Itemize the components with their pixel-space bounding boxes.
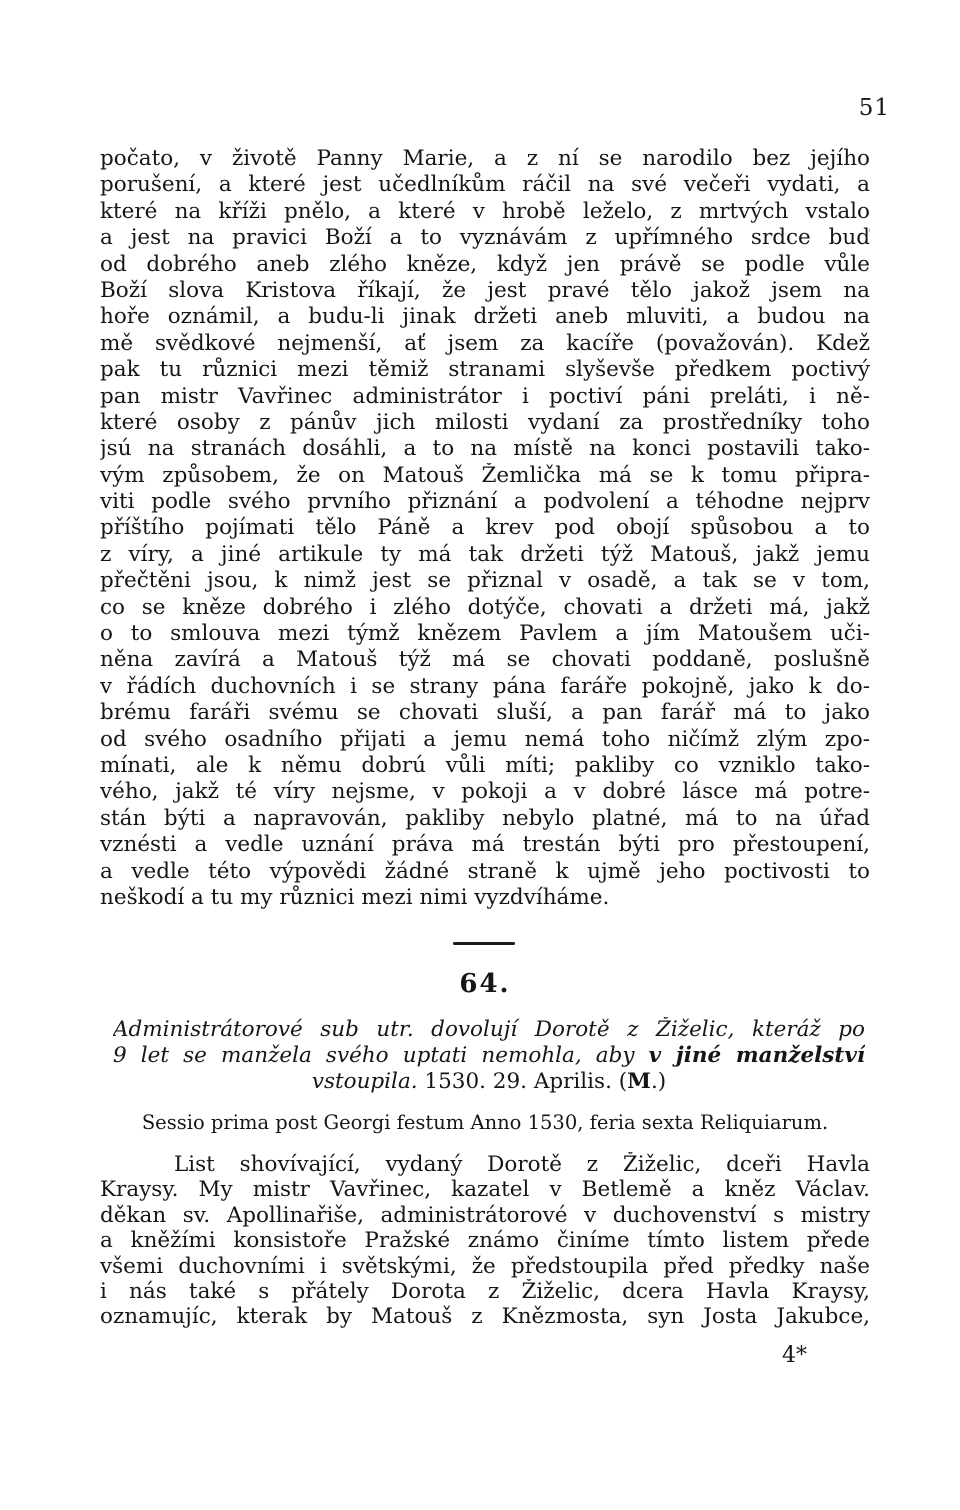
session-note: Sessio prima post Georgi festum Anno 153… <box>100 1110 870 1136</box>
text-line: stán býti a napravován, pakliby nebylo p… <box>100 806 870 832</box>
text-line: Boží slova Kristova říkají, že jest prav… <box>100 278 870 304</box>
text-line: příštího pojímati tělo Páně a krev pod o… <box>100 515 870 541</box>
text-line: a vedle této výpovědi žádné straně k ujm… <box>100 859 870 885</box>
regest-summary: Administrátorové sub utr. dovolují Dorot… <box>113 1017 865 1095</box>
text-line: a jest na pravici Boží a to vyznávám z u… <box>100 225 870 251</box>
text-line: 9 let se manžela svého uptati nemohla, a… <box>113 1043 865 1069</box>
text-line: mínati, ale k němu dobrú vůli míti; pakl… <box>100 753 870 779</box>
text-line: v řádích duchovních i se strany pána far… <box>100 674 870 700</box>
text-line: mě svědkové nejmenší, ať jsem za kacíře … <box>100 331 870 357</box>
text-line: jsú na stranách dosáhli, a to na místě n… <box>100 436 870 462</box>
regest-source-mark: M <box>627 1069 651 1094</box>
regest-italic-segment: vstoupila. <box>312 1069 418 1094</box>
text-line: porušení, a které jest učedlníkům ráčil … <box>100 172 870 198</box>
text-line: co se kněze dobrého i zlého dotýče, chov… <box>100 595 870 621</box>
text-line: oznamujíc, kterak by Matouš z Knězmosta,… <box>100 1304 870 1329</box>
regest-close-segment: .) <box>651 1069 666 1094</box>
text-line: přečtěni jsou, k nimž jest se přiznal v … <box>100 568 870 594</box>
text-line: z víry, a jiné artikule ty má tak držeti… <box>100 542 870 568</box>
text-line: o to smlouva mezi týmž knězem Pavlem a j… <box>100 621 870 647</box>
text-line: pak tu různici mezi těmiž stranami slyše… <box>100 357 870 383</box>
text-line: které na kříži pnělo, a které v hrobě le… <box>100 199 870 225</box>
text-line: něna zavírá a Matouš týž má se chovati p… <box>100 647 870 673</box>
text-line: od dobrého aneb zlého kněze, když jen pr… <box>100 252 870 278</box>
text-line: brému faráři svému se chovati sluší, a p… <box>100 700 870 726</box>
text-line: i nás také s přátely Dorota z Žiželic, d… <box>100 1279 870 1304</box>
text-line: neškodí a tu my různici mezi nimi vyzdví… <box>100 885 870 911</box>
section-divider-rule <box>453 942 515 945</box>
text-line: viti podle svého prvního přiznání a podv… <box>100 489 870 515</box>
text-line: počato, v životě Panny Marie, a z ní se … <box>100 146 870 172</box>
text-line: vznésti a vedle uznání práva má trestán … <box>100 832 870 858</box>
document-number-heading: 64. <box>100 969 870 999</box>
text-line: Administrátorové sub utr. dovolují Dorot… <box>113 1017 865 1043</box>
book-page: 51 počato, v životě Panny Marie, a z ní … <box>0 0 960 1510</box>
text-line: hoře oznámil, a budu-li jinak držeti ane… <box>100 304 870 330</box>
text-line: pan mistr Vavřinec administrátor i pocti… <box>100 384 870 410</box>
text-line: děkan sv. Apollinařiše, administrátorové… <box>100 1203 870 1228</box>
text-line: vého, jakž té víry nejsme, v pokoji a v … <box>100 779 870 805</box>
text-line: List shovívající, vydaný Dorotě z Žiželi… <box>100 1152 870 1177</box>
regest-bold-segment: v jiné manželství <box>649 1043 865 1068</box>
text-line: vstoupila. 1530. 29. Aprilis. (M.) <box>113 1069 865 1095</box>
main-paragraph: počato, v životě Panny Marie, a z ní se … <box>100 146 870 911</box>
page-number: 51 <box>859 95 890 121</box>
text-line: vým způsobem, že on Matouš Žemlička má s… <box>100 463 870 489</box>
text-line: a kněžími konsistoře Pražské známo činím… <box>100 1228 870 1253</box>
text-line: od svého osadního přijati a jemu nemá to… <box>100 727 870 753</box>
regest-date-segment: 1530. 29. Aprilis. ( <box>418 1069 628 1094</box>
text-line: Kraysy. My mistr Vavřinec, kazatel v Bet… <box>100 1177 870 1202</box>
letter-paragraph: List shovívající, vydaný Dorotě z Žiželi… <box>100 1152 870 1330</box>
text-line: které osoby z pánův jich milosti vydaní … <box>100 410 870 436</box>
printer-signature-mark: 4* <box>782 1343 807 1368</box>
regest-italic-segment: 9 let se manžela svého uptati nemohla, a… <box>113 1043 649 1068</box>
text-line: všemi duchovními i světskými, že předsto… <box>100 1254 870 1279</box>
